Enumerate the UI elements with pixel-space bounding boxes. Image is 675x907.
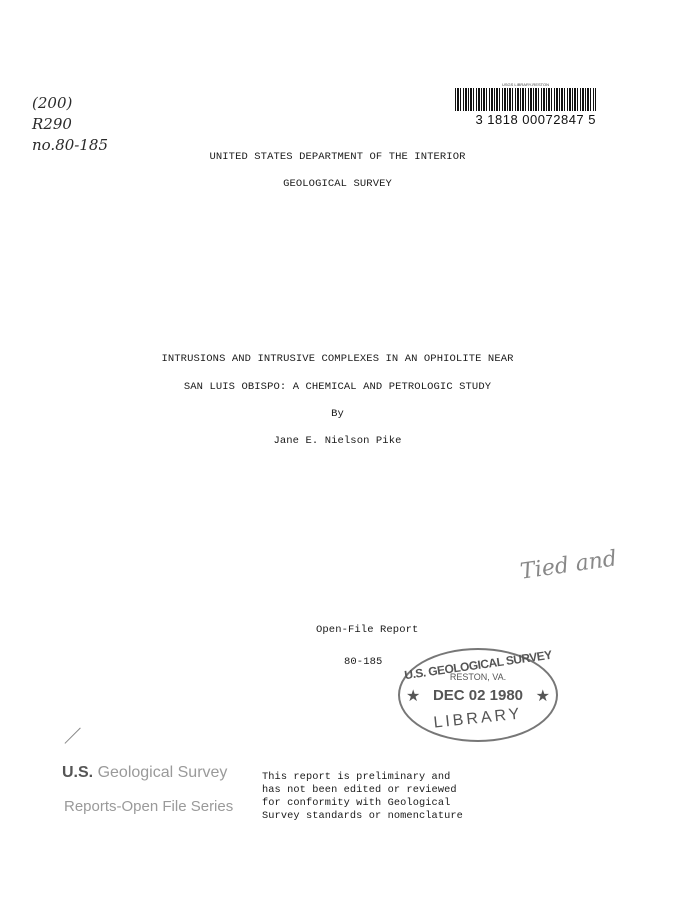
disclaimer-text: This report is preliminary and has not b… [262, 771, 463, 823]
barcode-bars [455, 88, 596, 111]
report-type: Open-File Report [316, 624, 418, 636]
stamp-location: RESTON, VA. [400, 672, 556, 682]
handwritten-call-number: (200) R290 no.80-185 [32, 93, 108, 156]
handwritten-note: Tied and [519, 546, 619, 584]
title-line-2: SAN LUIS OBISPO: A CHEMICAL AND PETROLOG… [0, 381, 675, 393]
library-received-stamp: U.S. GEOLOGICAL SURVEY RESTON, VA. ★ DEC… [398, 648, 558, 742]
by-label: By [0, 408, 675, 420]
check-mark-icon [65, 728, 82, 745]
series-name: Reports-Open File Series [64, 798, 233, 815]
call-number-line: (200) [32, 93, 108, 114]
title-line-1: INTRUSIONS AND INTRUSIVE COMPLEXES IN AN… [0, 353, 675, 365]
series-agency-name: Geological Survey [93, 764, 227, 781]
department-heading: UNITED STATES DEPARTMENT OF THE INTERIOR [0, 151, 675, 163]
series-imprint: U.S. Geological Survey Reports-Open File… [62, 764, 233, 815]
library-barcode: USGS LIBRARY-RESTON 3 1818 00072847 5 [455, 82, 596, 127]
report-number: 80-185 [344, 656, 382, 668]
author-name: Jane E. Nielson Pike [0, 435, 675, 447]
series-agency-abbrev: U.S. [62, 764, 93, 781]
call-number-line: R290 [32, 114, 108, 135]
stamp-date: DEC 02 1980 [400, 687, 556, 704]
barcode-number: 3 1818 00072847 5 [455, 112, 596, 127]
agency-heading: GEOLOGICAL SURVEY [0, 178, 675, 190]
stamp-label: LIBRARY [399, 702, 556, 736]
